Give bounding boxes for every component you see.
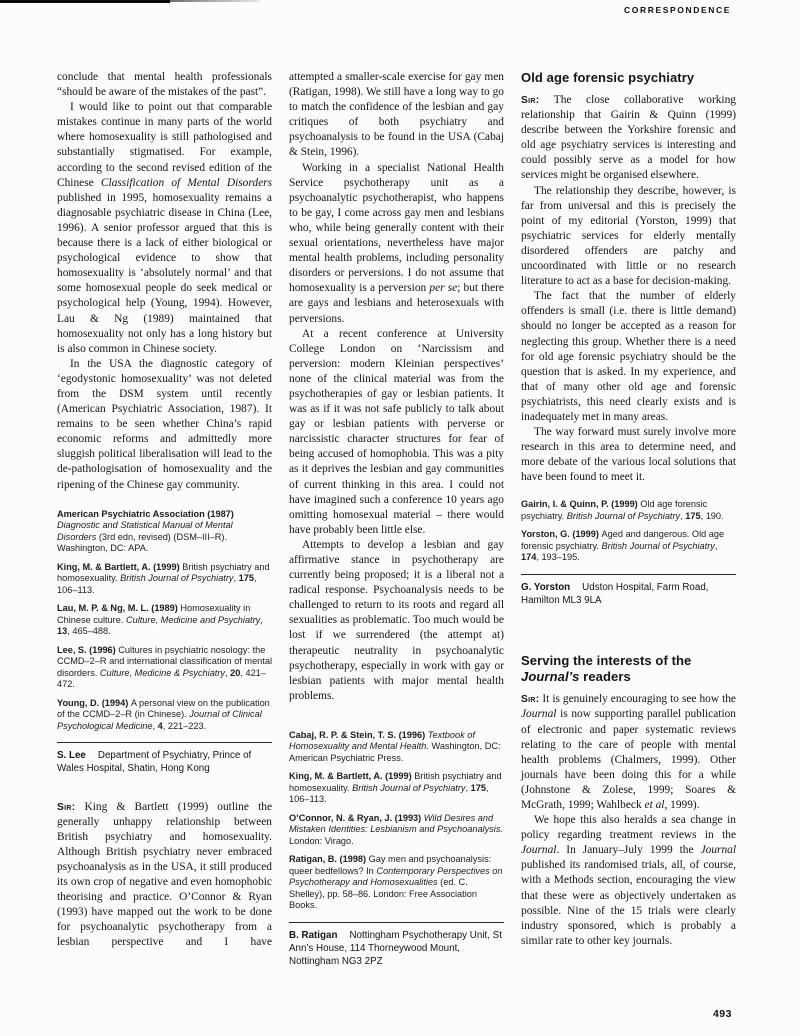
body-paragraph: Working in a specialist National Health …: [289, 161, 504, 327]
scan-artifact-bar: [0, 0, 170, 3]
signature-block: S. LeeDepartment of Psychiatry, Prince o…: [57, 742, 272, 775]
body-paragraph: I would like to point out that comparabl…: [57, 100, 272, 357]
spacer: [57, 776, 272, 800]
signature-name: G. Yorston: [521, 582, 570, 593]
reference-entry: King, M. & Bartlett, A. (1999) British p…: [57, 562, 272, 597]
text-columns: conclude that mental health professional…: [57, 70, 738, 969]
signature-address: Department of Psychiatry, Prince of Wale…: [57, 750, 251, 774]
column-left: conclude that mental health professional…: [57, 70, 272, 969]
reference-entry: Young, D. (1994) A personal view on the …: [57, 698, 272, 733]
body-paragraph: Attempts to develop a lesbian and gay af…: [289, 538, 504, 704]
reference-entry: Lau, M. P. & Ng, M. L. (1989) Homosexual…: [57, 603, 272, 638]
spacer: [289, 704, 504, 730]
letter-title: Old age forensic psychiatry: [521, 70, 736, 86]
body-paragraph: The way forward must surely involve more…: [521, 425, 736, 485]
body-paragraph: The fact that the number of elderly offe…: [521, 289, 736, 425]
spacer: [521, 485, 736, 499]
body-paragraph: We hope this also heralds a sea change i…: [521, 813, 736, 949]
signature-name: S. Lee: [57, 750, 86, 761]
reference-entry: King, M. & Bartlett, A. (1999) British p…: [289, 771, 504, 806]
body-paragraph: Sir: The close collaborative working rel…: [521, 93, 736, 184]
reference-entry: American Psychiatric Association (1987) …: [57, 509, 272, 555]
reference-entry: Cabaj, R. P. & Stein, T. S. (1996) Textb…: [289, 730, 504, 765]
body-paragraph: Sir: It is genuinely encouraging to see …: [521, 692, 736, 813]
spacer: [57, 493, 272, 509]
signature-block: G. YorstonUdston Hospital, Farm Road, Ha…: [521, 574, 736, 607]
column-middle: attempted a smaller-scale exercise for g…: [289, 70, 504, 969]
body-paragraph: In the USA the diagnostic category of ‘e…: [57, 357, 272, 493]
letter-title: Serving the interests of the Journal’s r…: [521, 653, 736, 685]
column-right: Old age forensic psychiatrySir: The clos…: [521, 70, 736, 969]
reference-entry: Yorston, G. (1999) Aged and dangerous. O…: [521, 529, 736, 564]
running-head: CORRESPONDENCE: [624, 5, 731, 15]
reference-entry: Gairin, I. & Quinn, P. (1999) Old age fo…: [521, 499, 736, 522]
reference-entry: Ratigan, B. (1998) Gay men and psychoana…: [289, 854, 504, 912]
signature-text: B. RatiganNottingham Psychotherapy Unit,…: [289, 929, 504, 969]
signature-block: B. RatiganNottingham Psychotherapy Unit,…: [289, 922, 504, 969]
page-number: 493: [713, 1008, 732, 1020]
journal-page: CORRESPONDENCE conclude that mental heal…: [0, 0, 800, 1036]
body-paragraph: conclude that mental health professional…: [57, 70, 272, 100]
signature-text: S. LeeDepartment of Psychiatry, Prince o…: [57, 749, 272, 775]
signature-divider: [289, 922, 504, 923]
signature-text: G. YorstonUdston Hospital, Farm Road, Ha…: [521, 581, 736, 607]
spacer: [521, 607, 736, 653]
body-paragraph: attempted a smaller-scale exercise for g…: [289, 70, 504, 161]
signature-divider: [521, 574, 736, 575]
signature-name: B. Ratigan: [289, 930, 337, 941]
reference-entry: Lee, S. (1996) Cultures in psychiatric n…: [57, 645, 272, 691]
scan-artifact-fade: [170, 0, 260, 2]
body-paragraph: The relationship they describe, however,…: [521, 184, 736, 290]
signature-divider: [57, 742, 272, 743]
reference-entry: O’Connor, N. & Ryan, J. (1993) Wild Desi…: [289, 813, 504, 848]
body-paragraph: At a recent conference at University Col…: [289, 327, 504, 538]
body-paragraph: Sir: King & Bartlett (1999) outline the …: [57, 800, 272, 951]
